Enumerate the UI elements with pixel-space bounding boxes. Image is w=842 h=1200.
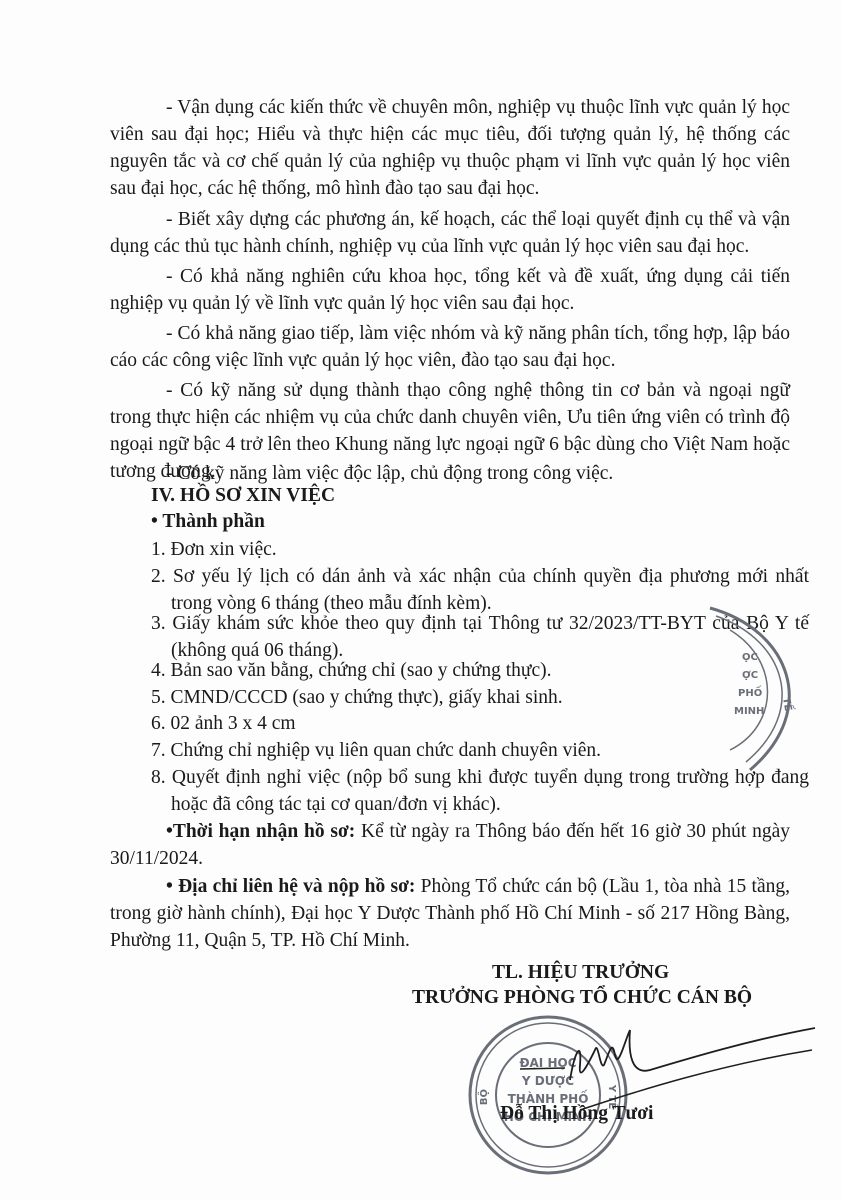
- requirement-paragraph: - Biết xây dựng các phương án, kế hoạch,…: [110, 206, 790, 260]
- requirement-paragraph: - Có kỹ năng làm việc độc lập, chủ động …: [110, 460, 790, 487]
- document-page: - Vận dụng các kiến thức về chuyên môn, …: [0, 0, 842, 1200]
- svg-text:MINH: MINH: [734, 706, 764, 717]
- signer-name: Đỗ Thị Hồng Tươi: [500, 1103, 653, 1125]
- svg-text:TẾ: TẾ: [780, 696, 797, 712]
- svg-text:ỌC: ỌC: [742, 652, 758, 663]
- requirement-paragraph: - Có khả năng giao tiếp, làm việc nhóm v…: [110, 320, 790, 374]
- section-heading: IV. HỒ SƠ XIN VIỆC: [151, 485, 335, 507]
- requirement-paragraph: - Có khả năng nghiên cứu khoa học, tổng …: [110, 263, 790, 317]
- address-label: • Địa chỉ liên hệ và nộp hồ sơ:: [166, 876, 415, 897]
- address-paragraph: • Địa chỉ liên hệ và nộp hồ sơ: Phòng Tổ…: [110, 873, 790, 954]
- deadline-label: •Thời hạn nhận hồ sơ:: [166, 821, 355, 842]
- svg-text:BỘ: BỘ: [477, 1089, 490, 1105]
- deadline-paragraph: •Thời hạn nhận hồ sơ: Kể từ ngày ra Thôn…: [110, 818, 790, 872]
- svg-text:ỢC: ỢC: [742, 670, 758, 681]
- signature-title-1: TL. HIỆU TRƯỞNG: [492, 962, 669, 984]
- components-label: • Thành phần: [151, 511, 265, 533]
- requirement-paragraph: - Vận dụng các kiến thức về chuyên môn, …: [110, 94, 790, 202]
- list-item: 1. Đơn xin việc.: [151, 536, 809, 563]
- svg-text:PHỐ: PHỐ: [738, 684, 762, 699]
- edge-stamp-icon: ỌC ỢC PHỐ MINH TẾ: [690, 600, 842, 790]
